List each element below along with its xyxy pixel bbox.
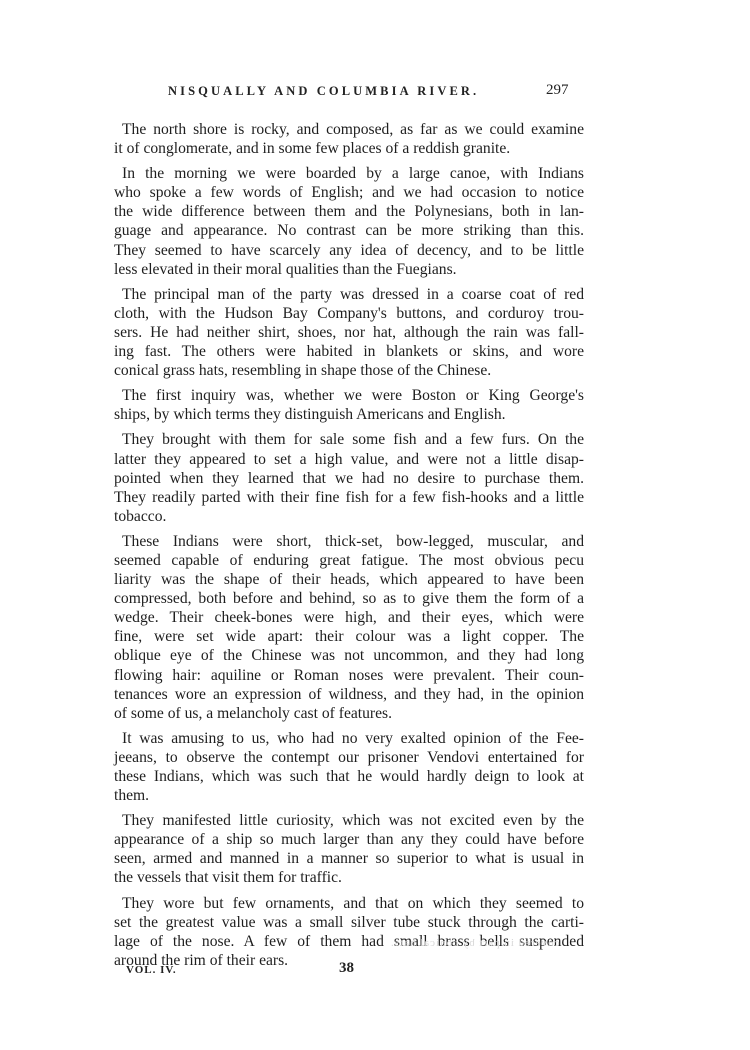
text-line: It was amusing to us, who had no very ex… — [114, 729, 584, 748]
paragraph: The first inquiry was, whether we were B… — [114, 386, 584, 424]
text-line: wedge. Their cheek-bones were high, and … — [114, 608, 584, 627]
running-title: NISQUALLY AND COLUMBIA RIVER. — [168, 84, 588, 99]
text-line: These Indians were short, thick-set, bow… — [114, 532, 584, 551]
signature-mark: VOL. IV. — [126, 964, 177, 976]
text-line: tobacco. — [114, 507, 584, 526]
text-line: seen, armed and manned in a manner so su… — [114, 849, 584, 868]
text-line: the vessels that visit them for traffic. — [114, 868, 584, 887]
text-line: it of conglomerate, and in some few plac… — [114, 139, 584, 158]
text-line: jeeans, to observe the contempt our pris… — [114, 748, 584, 767]
text-line: They brought with them for sale some fis… — [114, 430, 584, 449]
book-page: NISQUALLY AND COLUMBIA RIVER. 297 The no… — [0, 0, 750, 1050]
text-line: who spoke a few words of English; and we… — [114, 183, 584, 202]
body-text: The north shore is rocky, and composed, … — [114, 120, 584, 976]
paragraph: The principal man of the party was dress… — [114, 285, 584, 380]
paragraph: They wore but few ornaments, and that on… — [114, 894, 584, 970]
text-line: ships, by which terms they distinguish A… — [114, 405, 584, 424]
text-line: pointed when they learned that we had no… — [114, 469, 584, 488]
text-line: conical grass hats, resembling in shape … — [114, 361, 584, 380]
text-line: sers. He had neither shirt, shoes, nor h… — [114, 323, 584, 342]
paragraph: These Indians were short, thick-set, bow… — [114, 532, 584, 723]
sheet-number: 38 — [339, 960, 354, 977]
text-line: The north shore is rocky, and composed, … — [114, 120, 584, 139]
paragraph: They brought with them for sale some fis… — [114, 430, 584, 525]
text-line: less elevated in their moral qualities t… — [114, 260, 584, 279]
text-line: The principal man of the party was dress… — [114, 285, 584, 304]
text-line: ing fast. The others were habited in bla… — [114, 342, 584, 361]
text-line: these Indians, which was such that he wo… — [114, 767, 584, 786]
text-line: They manifested little curiosity, which … — [114, 811, 584, 830]
text-line: them. — [114, 786, 584, 805]
text-line: tenances wore an expression of wildness,… — [114, 685, 584, 704]
text-line: They wore but few ornaments, and that on… — [114, 894, 584, 913]
text-line: seemed capable of enduring great fatigue… — [114, 551, 584, 570]
paragraph: It was amusing to us, who had no very ex… — [114, 729, 584, 805]
page-number: 297 — [546, 82, 569, 99]
bleed-through-text: covered in part by conical hats. — [390, 937, 559, 949]
text-line: set the greatest value was a small silve… — [114, 913, 584, 932]
text-line: fine, were set wide apart: their colour … — [114, 627, 584, 646]
text-line: latter they appeared to set a high value… — [114, 450, 584, 469]
text-line: The first inquiry was, whether we were B… — [114, 386, 584, 405]
text-line: liarity was the shape of their heads, wh… — [114, 570, 584, 589]
text-line: the wide difference between them and the… — [114, 202, 584, 221]
paragraph: In the morning we were boarded by a larg… — [114, 164, 584, 279]
paragraph: They manifested little curiosity, which … — [114, 811, 584, 887]
text-line: They readily parted with their fine fish… — [114, 488, 584, 507]
text-line: They seemed to have scarcely any idea of… — [114, 241, 584, 260]
text-line: oblique eye of the Chinese was not uncom… — [114, 646, 584, 665]
text-line: appearance of a ship so much larger than… — [114, 830, 584, 849]
text-line: compressed, both before and behind, so a… — [114, 589, 584, 608]
text-line: guage and appearance. No contrast can be… — [114, 221, 584, 240]
text-line: cloth, with the Hudson Bay Company's but… — [114, 304, 584, 323]
text-line: flowing hair: aquiline or Roman noses we… — [114, 666, 584, 685]
text-line: of some of us, a melancholy cast of feat… — [114, 704, 584, 723]
text-line: In the morning we were boarded by a larg… — [114, 164, 584, 183]
paragraph: The north shore is rocky, and composed, … — [114, 120, 584, 158]
